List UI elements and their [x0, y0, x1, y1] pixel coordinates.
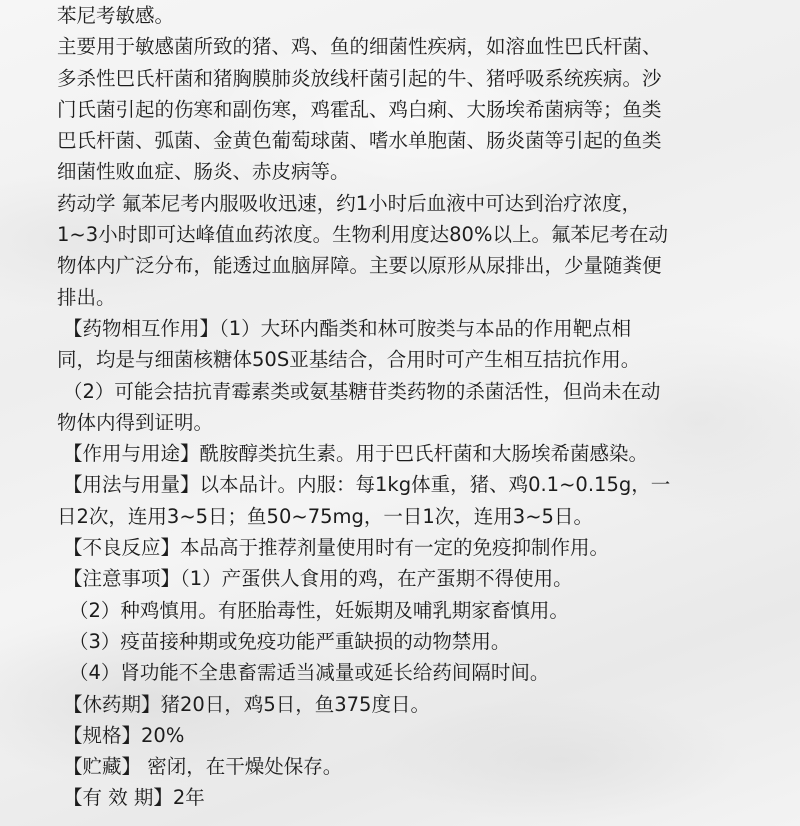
text-line: 1~3小时即可达峰值血药浓度。生物利用度达80%以上。氟苯尼考在动 — [57, 219, 757, 250]
text-line: 物体内广泛分布，能透过血脑屏障。主要以原形从尿排出，少量随粪便 — [57, 250, 757, 281]
adverse-reactions-line: 【不良反应】本品高于推荐剂量使用时有一定的免疫抑制作用。 — [57, 532, 757, 563]
precaution-item: （4）肾功能不全患畜需适当减量或延长给药间隔时间。 — [57, 657, 757, 688]
text-line: 多杀性巴氏杆菌和猪胸膜肺炎放线杆菌引起的牛、猪呼吸系统疾病。沙 — [57, 63, 757, 94]
text-line: （2）可能会拮抗青霉素类或氨基糖苷类药物的杀菌活性，但尚未在动 — [57, 376, 757, 407]
text-line: 巴氏杆菌、弧菌、金黄色葡萄球菌、嗜水单胞菌、肠炎菌等引起的鱼类 — [57, 125, 757, 156]
pharmacokinetics-line: 药动学 氟苯尼考内服吸收迅速，约1小时后血液中可达到治疗浓度， — [57, 188, 757, 219]
text-line: 排出。 — [57, 282, 757, 313]
shelf-life-line: 【有 效 期】2年 — [57, 782, 757, 813]
text-line: 苯尼考敏感。 — [57, 0, 757, 31]
storage-line: 【贮藏】 密闭，在干燥处保存。 — [57, 751, 757, 782]
text-line: 细菌性败血症、肠炎、赤皮病等。 — [57, 156, 757, 187]
precaution-item: （2）种鸡慎用。有胚胎毒性，妊娠期及哺乳期家畜慎用。 — [57, 595, 757, 626]
withdrawal-period-line: 【休药期】猪20日，鸡5日，鱼375度日。 — [57, 689, 757, 720]
text-line: 日2次，连用3~5日；鱼50~75mg，一日1次，连用3~5日。 — [57, 501, 757, 532]
drug-label-document: 苯尼考敏感。 主要用于敏感菌所致的猪、鸡、鱼的细菌性疾病，如溶血性巴氏杆菌、 多… — [57, 0, 757, 814]
drug-interactions-heading-line: 【药物相互作用】（1）大环内酯类和林可胺类与本品的作用靶点相 — [57, 313, 757, 344]
specification-line: 【规格】20% — [57, 720, 757, 751]
indications-line: 【作用与用途】酰胺醇类抗生素。用于巴氏杆菌和大肠埃希菌感染。 — [57, 438, 757, 469]
text-line: 主要用于敏感菌所致的猪、鸡、鱼的细菌性疾病，如溶血性巴氏杆菌、 — [57, 31, 757, 62]
text-line: 同，均是与细菌核糖体50S亚基结合，合用时可产生相互拮抗作用。 — [57, 344, 757, 375]
precautions-line: 【注意事项】（1）产蛋供人食用的鸡，在产蛋期不得使用。 — [57, 563, 757, 594]
text-line: 门氏菌引起的伤寒和副伤寒，鸡霍乱、鸡白痢、大肠埃希菌病等；鱼类 — [57, 94, 757, 125]
text-line: 物体内得到证明。 — [57, 407, 757, 438]
precaution-item: （3）疫苗接种期或免疫功能严重缺损的动物禁用。 — [57, 626, 757, 657]
dosage-line: 【用法与用量】以本品计。内服：每1kg体重，猪、鸡0.1~0.15g，一 — [57, 469, 757, 500]
